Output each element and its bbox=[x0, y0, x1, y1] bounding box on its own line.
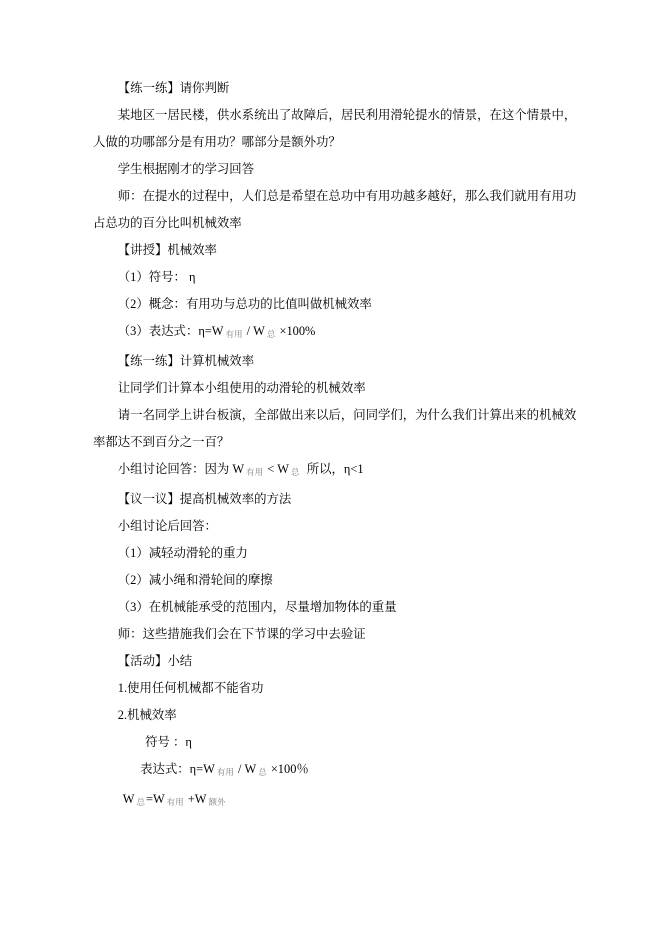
group-calc-task: 让同学们计算本小组使用的动滑轮的机械效率 bbox=[93, 375, 579, 402]
formula-subscript: 总 bbox=[136, 797, 145, 807]
teacher-leadin: 师：在提水的过程中，人们总是希望在总功中有用功越多越好，那么我们就用有用功占总功… bbox=[93, 183, 579, 237]
student-answer-note: 学生根据刚才的学习回答 bbox=[93, 156, 579, 183]
activity-summary-heading: 【活动】小结 bbox=[93, 648, 579, 675]
practice-calc-heading: 【练一练】计算机械效率 bbox=[93, 348, 579, 375]
practice-judge-heading: 【练一练】请你判断 bbox=[93, 75, 579, 102]
method-3: （3）在机械能承受的范围内，尽量增加物体的重量 bbox=[93, 594, 579, 621]
total-work-formula: W总=W有用 +W额外 bbox=[93, 786, 579, 816]
formula-subscript: 有用 bbox=[217, 767, 234, 777]
summary-expression: 表达式：η=W有用 / W总 ×100％ bbox=[93, 756, 579, 786]
teacher-verify-note: 师：这些措施我们会在下节课的学习中去验证 bbox=[93, 621, 579, 648]
formula-subscript: 有用 bbox=[246, 467, 263, 477]
summary-point-2: 2.机械效率 bbox=[93, 702, 579, 729]
document-page: 【练一练】请你判断某地区一居民楼，供水系统出了故障后，居民利用滑轮提水的情景，在… bbox=[0, 0, 661, 935]
formula-subscript: 总 bbox=[258, 767, 267, 777]
document-body: 【练一练】请你判断某地区一居民楼，供水系统出了故障后，居民利用滑轮提水的情景，在… bbox=[93, 75, 579, 816]
lecture-heading: 【讲授】机械效率 bbox=[93, 237, 579, 264]
discussion-answer: 小组讨论回答：因为 W有用 < W总 所以，η<1 bbox=[93, 456, 579, 486]
group-answer-intro: 小组讨论后回答： bbox=[93, 513, 579, 540]
summary-point-1: 1.使用任何机械都不能省功 bbox=[93, 675, 579, 702]
formula-subscript: 总 bbox=[291, 467, 300, 477]
expression-item: （3）表达式：η=W有用 / W总 ×100% bbox=[93, 318, 579, 348]
formula-subscript: 额外 bbox=[208, 797, 225, 807]
method-2: （2）减小绳和滑轮间的摩擦 bbox=[93, 567, 579, 594]
symbol-item: （1）符号： η bbox=[93, 264, 579, 291]
formula-subscript: 有用 bbox=[167, 797, 184, 807]
method-1: （1）减轻动滑轮的重力 bbox=[93, 540, 579, 567]
discuss-heading: 【议一议】提高机械效率的方法 bbox=[93, 486, 579, 513]
concept-item: （2）概念：有用功与总功的比值叫做机械效率 bbox=[93, 291, 579, 318]
board-demo-question: 请一名同学上讲台板演，全部做出来以后，问同学们，为什么我们计算出来的机械效率都达… bbox=[93, 402, 579, 456]
formula-subscript: 有用 bbox=[226, 329, 243, 339]
summary-symbol: 符号 ：η bbox=[93, 729, 579, 756]
formula-subscript: 总 bbox=[267, 329, 276, 339]
scenario-paragraph: 某地区一居民楼，供水系统出了故障后，居民利用滑轮提水的情景，在这个情景中，人做的… bbox=[93, 102, 579, 156]
